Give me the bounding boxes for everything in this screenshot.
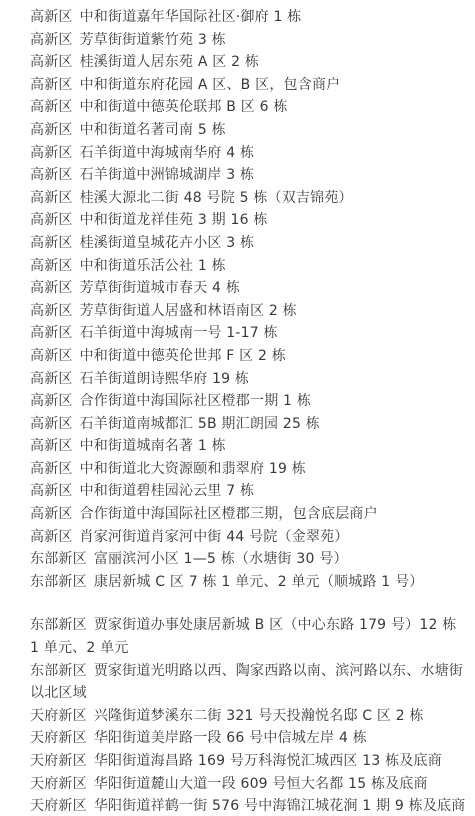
list-item: 高新区芳草街街道人居盛和林语南区 2 栋 xyxy=(30,300,467,323)
list-item: 东部新区贾家街道光明路以西、陶家西路以南、滨河路以东、水塘街以北区域 xyxy=(30,660,467,705)
location-text: 桂溪街道人居东苑 A 区 2 栋 xyxy=(80,54,260,70)
location-text: 中和街道乐活公社 1 栋 xyxy=(80,258,226,274)
location-text: 石羊街道朗诗熙华府 19 栋 xyxy=(80,371,250,387)
district-label: 高新区 xyxy=(30,190,73,206)
list-item: 天府新区兴隆街道梦溪东二街 321 号天投瀚悦名邸 C 区 2 栋 xyxy=(30,705,467,728)
list-item: 天府新区华阳街道美岸路一段 66 号中信城左岸 4 栋 xyxy=(30,727,467,750)
district-label: 高新区 xyxy=(30,325,73,341)
list-item: 高新区中和街道东府花园 A 区、B 区，包含商户 xyxy=(30,74,467,97)
location-text: 华阳街道祥鹤一街 576 号中海锦江城花涧 1 期 9 栋及底商 xyxy=(94,798,466,814)
list-item: 天府新区华阳街道海昌路 169 号万科海悦汇城西区 13 栋及底商 xyxy=(30,750,467,773)
district-label: 高新区 xyxy=(30,529,73,545)
list-item: 高新区中和街道城南名著 1 栋 xyxy=(30,435,467,458)
location-text: 石羊街道中海城南华府 4 栋 xyxy=(80,145,255,161)
list-item: 高新区合作街道中海国际社区橙郡三期，包含底层商户 xyxy=(30,503,467,526)
district-label: 高新区 xyxy=(30,393,73,409)
location-text: 中和街道碧桂园沁云里 7 栋 xyxy=(80,483,255,499)
district-label: 高新区 xyxy=(30,506,73,522)
location-text: 中和街道名著司南 5 栋 xyxy=(80,122,226,138)
location-text: 中和街道中德英伦联邦 B 区 6 栋 xyxy=(80,99,288,115)
district-label: 高新区 xyxy=(30,461,73,477)
list-item: 高新区石羊街道朗诗熙华府 19 栋 xyxy=(30,368,467,391)
district-label: 高新区 xyxy=(30,54,73,70)
district-label: 高新区 xyxy=(30,167,73,183)
district-label: 高新区 xyxy=(30,99,73,115)
list-item: 高新区石羊街道中海城南华府 4 栋 xyxy=(30,142,467,165)
district-label: 高新区 xyxy=(30,280,73,296)
list-item: 东部新区贾家街道办事处康居新城 B 区（中心东路 179 号）12 栋 1 单元… xyxy=(30,614,467,659)
district-label: 东部新区 xyxy=(30,551,87,567)
location-text: 石羊街道中洲锦城湖岸 3 栋 xyxy=(80,167,255,183)
location-text: 石羊街道南城都汇 5B 期汇朗园 25 栋 xyxy=(80,416,320,432)
district-label: 高新区 xyxy=(30,483,73,499)
list-item: 东部新区康居新城 C 区 7 栋 1 单元、2 单元（顺城路 1 号） xyxy=(30,571,467,594)
district-label: 高新区 xyxy=(30,9,73,25)
location-text: 中和街道东府花园 A 区、B 区，包含商户 xyxy=(80,77,341,93)
location-text: 石羊街道中海城南一号 1-17 栋 xyxy=(80,325,278,341)
district-label: 东部新区 xyxy=(30,574,87,590)
location-text: 中和街道北大资源颐和翡翠府 19 栋 xyxy=(80,461,306,477)
location-text: 合作街道中海国际社区橙郡三期，包含底层商户 xyxy=(80,506,378,522)
list-item: 高新区中和街道龙祥佳苑 3 期 16 栋 xyxy=(30,209,467,232)
district-label: 天府新区 xyxy=(30,753,87,769)
district-label: 高新区 xyxy=(30,212,73,228)
list-item: 高新区芳草街街道紫竹苑 3 栋 xyxy=(30,29,467,52)
list-item: 高新区石羊街道南城都汇 5B 期汇朗园 25 栋 xyxy=(30,413,467,436)
district-label: 高新区 xyxy=(30,371,73,387)
list-item: 天府新区华阳街道祥鹤一街 576 号中海锦江城花涧 1 期 9 栋及底商 xyxy=(30,795,467,816)
location-text: 芳草街街道城市春天 4 栋 xyxy=(80,280,240,296)
location-text: 华阳街道麓山大道一段 609 号恒大名都 15 栋及底商 xyxy=(94,776,428,792)
list-item: 高新区石羊街道中洲锦城湖岸 3 栋 xyxy=(30,164,467,187)
district-label: 高新区 xyxy=(30,122,73,138)
location-text: 中和街道龙祥佳苑 3 期 16 栋 xyxy=(80,212,268,228)
risk-area-list: 高新区中和街道嘉年华国际社区·御府 1 栋高新区芳草街街道紫竹苑 3 栋高新区桂… xyxy=(0,0,475,816)
location-text: 中和街道城南名著 1 栋 xyxy=(80,438,226,454)
district-label: 高新区 xyxy=(30,32,73,48)
list-item: 高新区合作街道中海国际社区橙郡一期 1 栋 xyxy=(30,390,467,413)
list-item: 高新区中和街道中德英伦联邦 B 区 6 栋 xyxy=(30,96,467,119)
list-item: 高新区中和街道乐活公社 1 栋 xyxy=(30,255,467,278)
list-item: 高新区石羊街道中海城南一号 1-17 栋 xyxy=(30,322,467,345)
district-label: 天府新区 xyxy=(30,798,87,814)
district-label: 高新区 xyxy=(30,258,73,274)
list-item: 高新区中和街道嘉年华国际社区·御府 1 栋 xyxy=(30,6,467,29)
location-text: 华阳街道海昌路 169 号万科海悦汇城西区 13 栋及底商 xyxy=(94,753,442,769)
list-item: 高新区芳草街街道城市春天 4 栋 xyxy=(30,277,467,300)
location-text: 芳草街街道人居盛和林语南区 2 栋 xyxy=(80,303,297,319)
district-label: 高新区 xyxy=(30,438,73,454)
location-text: 芳草街街道紫竹苑 3 栋 xyxy=(80,32,226,48)
list-item: 东部新区富丽滨河小区 1—5 栋（水塘街 30 号） xyxy=(30,548,467,571)
list-item: 高新区中和街道名著司南 5 栋 xyxy=(30,119,467,142)
location-text: 富丽滨河小区 1—5 栋（水塘街 30 号） xyxy=(94,551,348,567)
location-text: 中和街道嘉年华国际社区·御府 1 栋 xyxy=(80,9,302,25)
district-label: 东部新区 xyxy=(30,617,87,633)
district-label: 天府新区 xyxy=(30,730,87,746)
location-text: 桂溪街道皇城花卉小区 3 栋 xyxy=(80,235,255,251)
district-label: 高新区 xyxy=(30,145,73,161)
location-text: 兴隆街道梦溪东二街 321 号天投瀚悦名邸 C 区 2 栋 xyxy=(94,708,424,724)
district-label: 高新区 xyxy=(30,416,73,432)
district-label: 天府新区 xyxy=(30,708,87,724)
location-text: 桂溪大源北二街 48 号院 5 栋（双吉锦苑） xyxy=(80,190,353,206)
list-item: 高新区肖家河街道肖家河中街 44 号院（金翠苑） xyxy=(30,526,467,549)
list-item: 高新区桂溪街道人居东苑 A 区 2 栋 xyxy=(30,51,467,74)
location-text: 肖家河街道肖家河中街 44 号院（金翠苑） xyxy=(80,529,349,545)
district-label: 东部新区 xyxy=(30,663,87,679)
district-label: 天府新区 xyxy=(30,776,87,792)
district-label: 高新区 xyxy=(30,235,73,251)
list-item: 高新区中和街道碧桂园沁云里 7 栋 xyxy=(30,480,467,503)
list-item: 高新区中和街道中德英伦世邦 F 区 2 栋 xyxy=(30,345,467,368)
district-label: 高新区 xyxy=(30,303,73,319)
district-label: 高新区 xyxy=(30,348,73,364)
location-text: 贾家街道办事处康居新城 B 区（中心东路 179 号）12 栋 1 单元、2 单… xyxy=(30,617,456,656)
district-label: 高新区 xyxy=(30,77,73,93)
list-item: 高新区桂溪大源北二街 48 号院 5 栋（双吉锦苑） xyxy=(30,187,467,210)
location-text: 中和街道中德英伦世邦 F 区 2 栋 xyxy=(80,348,286,364)
location-text: 华阳街道美岸路一段 66 号中信城左岸 4 栋 xyxy=(94,730,367,746)
location-text: 合作街道中海国际社区橙郡一期 1 栋 xyxy=(80,393,311,409)
location-text: 康居新城 C 区 7 栋 1 单元、2 单元（顺城路 1 号） xyxy=(94,574,424,590)
list-item: 高新区中和街道北大资源颐和翡翠府 19 栋 xyxy=(30,458,467,481)
list-item: 天府新区华阳街道麓山大道一段 609 号恒大名都 15 栋及底商 xyxy=(30,773,467,796)
location-text: 贾家街道光明路以西、陶家西路以南、滨河路以东、水塘街以北区域 xyxy=(30,663,463,702)
list-item: 高新区桂溪街道皇城花卉小区 3 栋 xyxy=(30,232,467,255)
